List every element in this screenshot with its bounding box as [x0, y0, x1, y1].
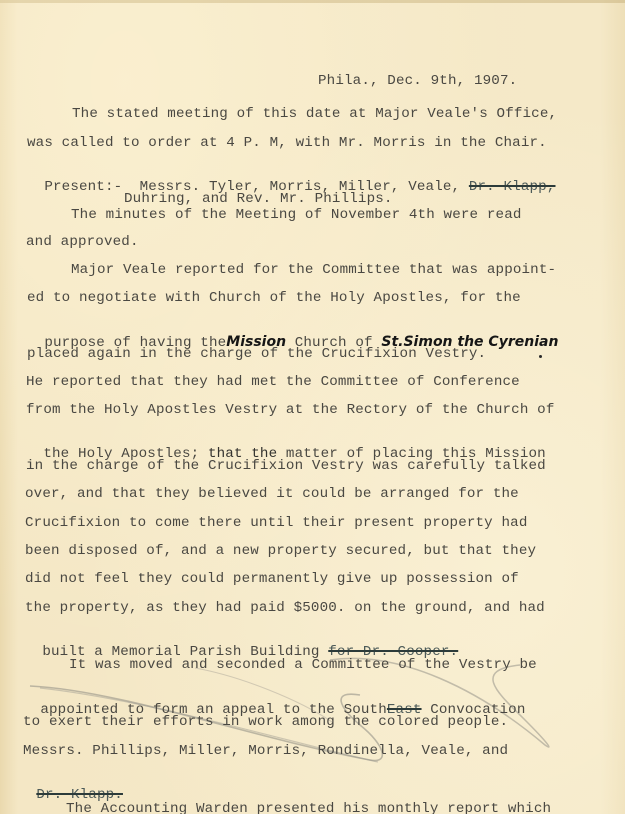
- paragraph-3-line-13: the property, as they had paid $5000. on…: [25, 600, 545, 616]
- paragraph-3-line-11: been disposed of, and a new property sec…: [25, 543, 536, 559]
- paragraph-3-line-14: built a Memorial Parish Building for Dr.…: [25, 628, 458, 660]
- paragraph-4-line-3: to exert their efforts in work among the…: [23, 714, 508, 730]
- paragraph-3-line-8: in the charge of the Crucifixion Vestry …: [26, 458, 546, 474]
- paragraph-1-line-4: Duhring, and Rev. Mr. Phillips.: [124, 191, 393, 207]
- paragraph-5-line-1: The Accounting Warden presented his mont…: [66, 801, 551, 814]
- dateline: Phila., Dec. 9th, 1907.: [318, 73, 517, 89]
- paragraph-4-line-1: It was moved and seconded a Committee of…: [69, 657, 537, 673]
- paragraph-3-line-5: He reported that they had met the Commit…: [26, 374, 520, 390]
- paragraph-3-line-1: Major Veale reported for the Committee t…: [71, 262, 556, 278]
- paragraph-2-line-2: and approved.: [26, 234, 139, 250]
- paragraph-3-line-12: did not feel they could permanently give…: [25, 571, 519, 587]
- paragraph-3-line-4: placed again in the charge of the Crucif…: [27, 346, 486, 362]
- paragraph-1-line-2: was called to order at 4 P. M, with Mr. …: [27, 135, 547, 151]
- stray-ink-dot: [539, 355, 542, 358]
- paragraph-1-line-1: The stated meeting of this date at Major…: [72, 106, 557, 122]
- paragraph-2-line-1: The minutes of the Meeting of November 4…: [71, 207, 522, 223]
- paragraph-3-line-10: Crucifixion to come there until their pr…: [25, 515, 528, 531]
- paper-top-edge: [0, 0, 625, 3]
- paragraph-3-line-6: from the Holy Apostles Vestry at the Rec…: [26, 402, 555, 418]
- paragraph-3-line-9: over, and that they believed it could be…: [25, 486, 519, 502]
- paragraph-3-line-2: ed to negotiate with Church of the Holy …: [27, 290, 521, 306]
- struck-out-text: Dr. Klapp,: [469, 179, 556, 195]
- paragraph-4-line-4: Messrs. Phillips, Miller, Morris, Rondin…: [23, 743, 508, 759]
- paragraph-4-line-5: Dr. Klapp.: [19, 771, 123, 803]
